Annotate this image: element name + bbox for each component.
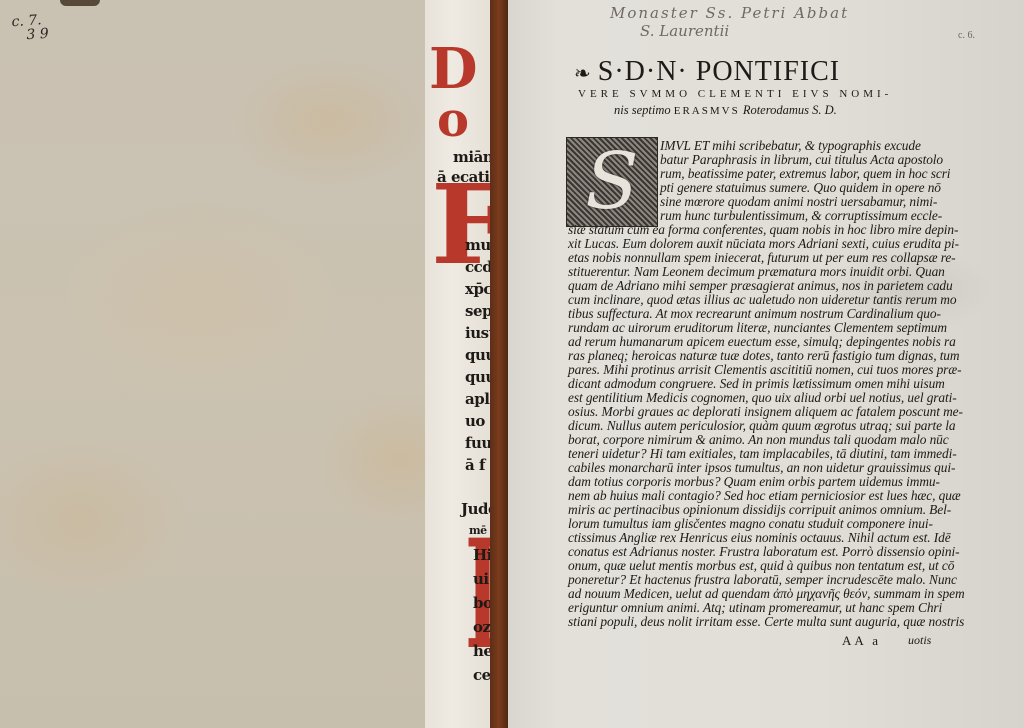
heading-line-3: nis septimo ERASMVS Roterodamus S. D.	[614, 103, 837, 118]
inscription-line-1: Monaster Ss. Petri Abbat	[610, 4, 849, 22]
heading-line-3-suffix: Roterodamus S. D.	[743, 103, 837, 117]
fragment-text-line: oz	[473, 618, 491, 636]
fragment-text-line: ā f	[465, 456, 485, 474]
binding-stain	[60, 0, 100, 6]
shelfmark-line-2: 3 9	[26, 27, 49, 43]
initial-letter: S	[567, 138, 657, 226]
fragment-text-line: mē	[469, 524, 487, 537]
woodcut-initial: S	[566, 137, 658, 227]
signature-mark: AA a	[842, 633, 881, 649]
fragment-text-line: miāni	[453, 148, 495, 166]
text-line: stiani populi, deus nolit irritam esse. …	[568, 614, 964, 630]
fragment-text-line: fuu	[465, 434, 492, 452]
shelfmark-annotation: c. 7. 3 9	[11, 13, 49, 43]
fragment-text-line: ui	[473, 570, 489, 588]
fragment-text-line: apl	[465, 390, 489, 408]
page-heading: ❧S·D·N· PONTIFICI	[574, 56, 840, 88]
inscription-line-2: S. Laurentii	[640, 22, 729, 40]
corner-annotation: c. 6.	[958, 30, 975, 41]
manuscript-fragment-strip: D o F I miāni ā ecatio mun ccdic xp̄c se…	[425, 0, 495, 728]
left-pastedown-page: c. 7. 3 9	[0, 0, 445, 728]
handwritten-ownership-inscription: Monaster Ss. Petri Abbat S. Laurentii	[610, 4, 849, 22]
fleuron-icon: ❧	[574, 61, 592, 86]
heading-author: ERASMVS	[674, 105, 740, 117]
catchword: uotis	[908, 633, 931, 648]
heading-title: S·D·N· PONTIFICI	[598, 56, 840, 87]
fragment-text-line: uo	[465, 412, 485, 430]
heading-line-3-prefix: nis septimo	[614, 103, 671, 117]
fragment-text-line: ā ecatio	[437, 168, 495, 186]
red-initial-o: o	[437, 92, 469, 148]
fragment-text-line: xp̄c	[465, 280, 492, 298]
heading-line-2: VERE SVMMO CLEMENTI EIVS NOMI-	[578, 88, 892, 100]
